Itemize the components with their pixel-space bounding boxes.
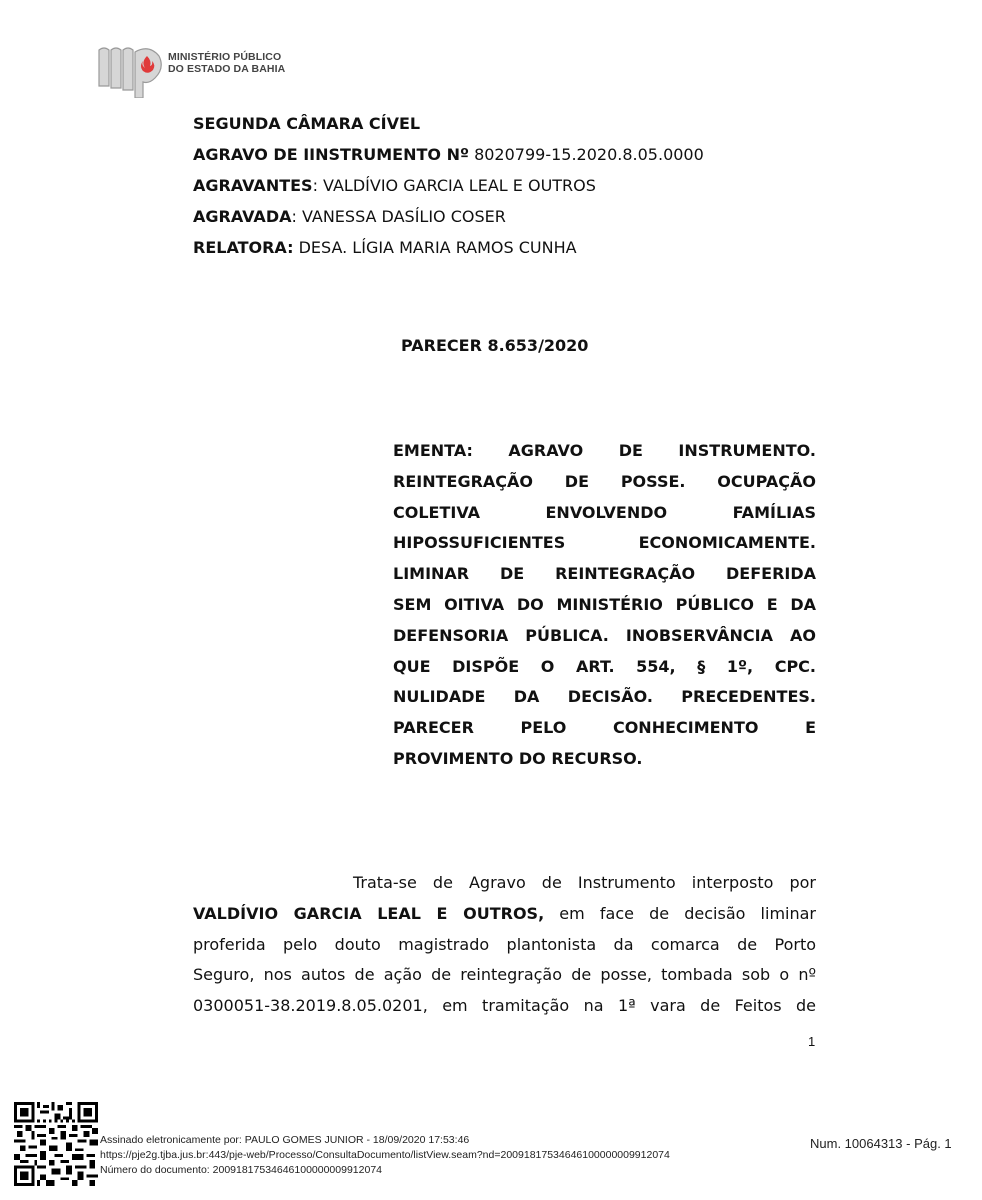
agravo-line: AGRAVO DE IINSTRUMENTO Nº 8020799-15.202…: [193, 139, 704, 170]
ementa-line: QUE DISPÕE O ART. 554, § 1º, CPC.: [393, 652, 816, 683]
document-number: Número do documento: 2009181753464610000…: [100, 1163, 670, 1178]
camara-line: SEGUNDA CÂMARA CÍVEL: [193, 108, 704, 139]
relatora-value: DESA. LÍGIA MARIA RAMOS CUNHA: [294, 238, 577, 257]
camara: SEGUNDA CÂMARA CÍVEL: [193, 114, 420, 133]
qr-code-icon[interactable]: [14, 1102, 98, 1186]
signed-by: Assinado eletronicamente por: PAULO GOME…: [100, 1133, 670, 1148]
document-url[interactable]: https://pje2g.tjba.jus.br:443/pje-web/Pr…: [100, 1148, 670, 1163]
agravada-line: AGRAVADA: VANESSA DASÍLIO COSER: [193, 201, 704, 232]
agravantes-line: AGRAVANTES: VALDÍVIO GARCIA LEAL E OUTRO…: [193, 170, 704, 201]
agravo-number: 8020799-15.2020.8.05.0000: [469, 145, 704, 164]
agravo-label: AGRAVO DE IINSTRUMENTO Nº: [193, 145, 469, 164]
mp-flame-logo-icon: [97, 44, 163, 98]
agravada-value: : VANESSA DASÍLIO COSER: [291, 207, 505, 226]
ementa-line: REINTEGRAÇÃO DE POSSE. OCUPAÇÃO: [393, 467, 816, 498]
ementa-line: EMENTA: AGRAVO DE INSTRUMENTO.: [393, 436, 816, 467]
page-number: 1: [808, 1034, 815, 1049]
logo-line-1: MINISTÉRIO PÚBLICO: [168, 51, 285, 63]
ementa-line: NULIDADE DA DECISÃO. PRECEDENTES.: [393, 682, 816, 713]
ementa-line: PROVIMENTO DO RECURSO.: [393, 744, 816, 775]
body-line: 0300051-38.2019.8.05.0201, em tramitação…: [193, 991, 816, 1022]
ementa-line: LIMINAR DE REINTEGRAÇÃO DEFERIDA: [393, 559, 816, 590]
ementa-line: COLETIVA ENVOLVENDO FAMÍLIAS: [393, 498, 816, 529]
relatora-line: RELATORA: DESA. LÍGIA MARIA RAMOS CUNHA: [193, 232, 704, 263]
ementa-line: PARECER PELO CONHECIMENTO E: [393, 713, 816, 744]
body-line: proferida pelo douto magistrado plantoni…: [193, 930, 816, 961]
ementa-line: SEM OITIVA DO MINISTÉRIO PÚBLICO E DA: [393, 590, 816, 621]
logo-line-2: DO ESTADO DA BAHIA: [168, 63, 285, 75]
agravantes-name-bold: VALDÍVIO GARCIA LEAL E OUTROS,: [193, 904, 544, 923]
agravada-label: AGRAVADA: [193, 207, 291, 226]
ementa: EMENTA: AGRAVO DE INSTRUMENTO. REINTEGRA…: [393, 436, 816, 775]
body-paragraph: Trata-se de Agravo de Instrumento interp…: [193, 868, 816, 1022]
agravantes-value: : VALDÍVIO GARCIA LEAL E OUTROS: [313, 176, 596, 195]
body-line-rest: em face de decisão liminar: [544, 904, 816, 923]
num-page-reference: Num. 10064313 - Pág. 1: [810, 1136, 952, 1151]
mp-logo: MINISTÉRIO PÚBLICO DO ESTADO DA BAHIA: [97, 44, 297, 98]
signature-footer: Assinado eletronicamente por: PAULO GOME…: [100, 1133, 670, 1178]
body-line: Seguro, nos autos de ação de reintegraçã…: [193, 960, 816, 991]
case-header: SEGUNDA CÂMARA CÍVEL AGRAVO DE IINSTRUME…: [193, 108, 704, 263]
relatora-label: RELATORA:: [193, 238, 294, 257]
logo-text: MINISTÉRIO PÚBLICO DO ESTADO DA BAHIA: [168, 51, 285, 75]
body-line: VALDÍVIO GARCIA LEAL E OUTROS, em face d…: [193, 899, 816, 930]
body-line: Trata-se de Agravo de Instrumento interp…: [193, 868, 816, 899]
parecer-title: PARECER 8.653/2020: [401, 336, 588, 355]
ementa-line: DEFENSORIA PÚBLICA. INOBSERVÂNCIA AO: [393, 621, 816, 652]
agravantes-label: AGRAVANTES: [193, 176, 313, 195]
ementa-line: HIPOSSUFICIENTES ECONOMICAMENTE.: [393, 528, 816, 559]
